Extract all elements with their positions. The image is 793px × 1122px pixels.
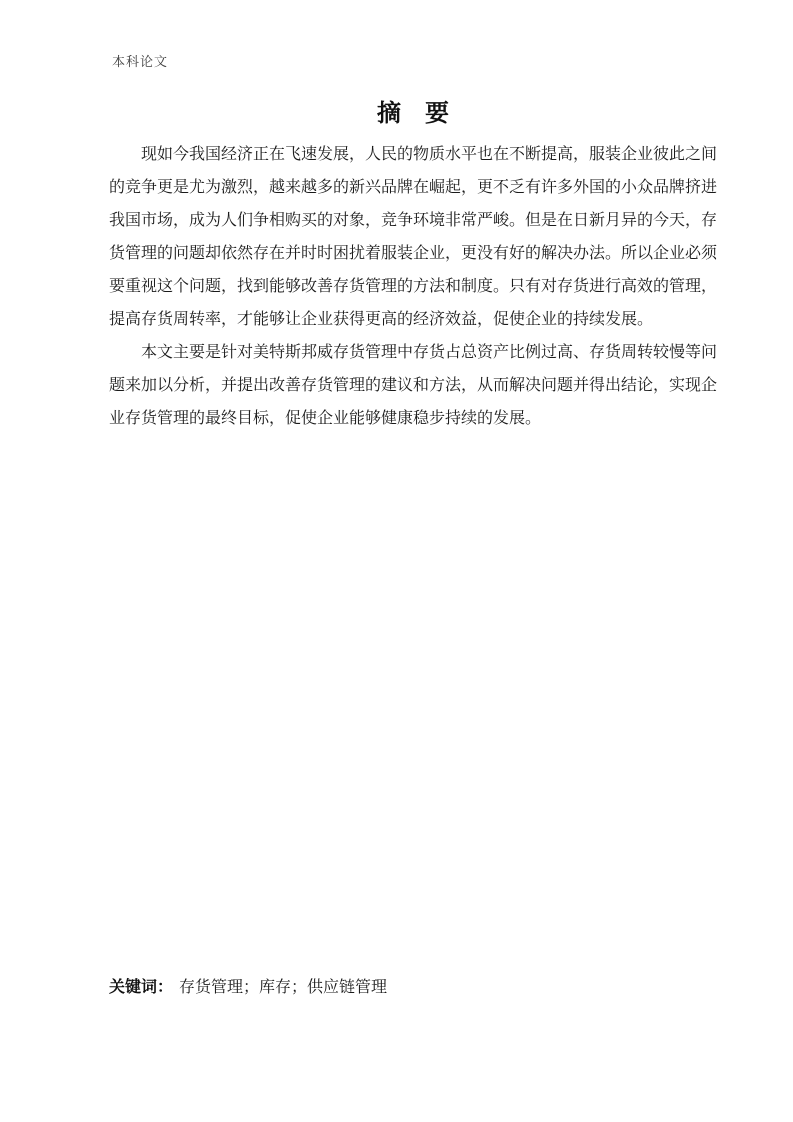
keywords-value: 存货管理；库存；供应链管理	[179, 979, 387, 996]
page-header-text: 本科论文	[112, 54, 168, 70]
abstract-paragraph-2: 本文主要是针对美特斯邦威存货管理中存货占总资产比例过高、存货周转较慢等问题来加以…	[109, 336, 717, 435]
document-page: 本科论文 摘 要 现如今我国经济正在飞速发展，人民的物质水平也在不断提高，服装企…	[0, 0, 793, 1122]
abstract-section: 摘 要 现如今我国经济正在飞速发展，人民的物质水平也在不断提高，服装企业彼此之间…	[109, 98, 717, 435]
keywords-label: 关键词：	[109, 979, 173, 996]
abstract-paragraph-1: 现如今我国经济正在飞速发展，人民的物质水平也在不断提高，服装企业彼此之间的竞争更…	[109, 138, 717, 336]
keywords-line: 关键词：存货管理；库存；供应链管理	[109, 976, 717, 1000]
abstract-title: 摘 要	[109, 98, 717, 130]
